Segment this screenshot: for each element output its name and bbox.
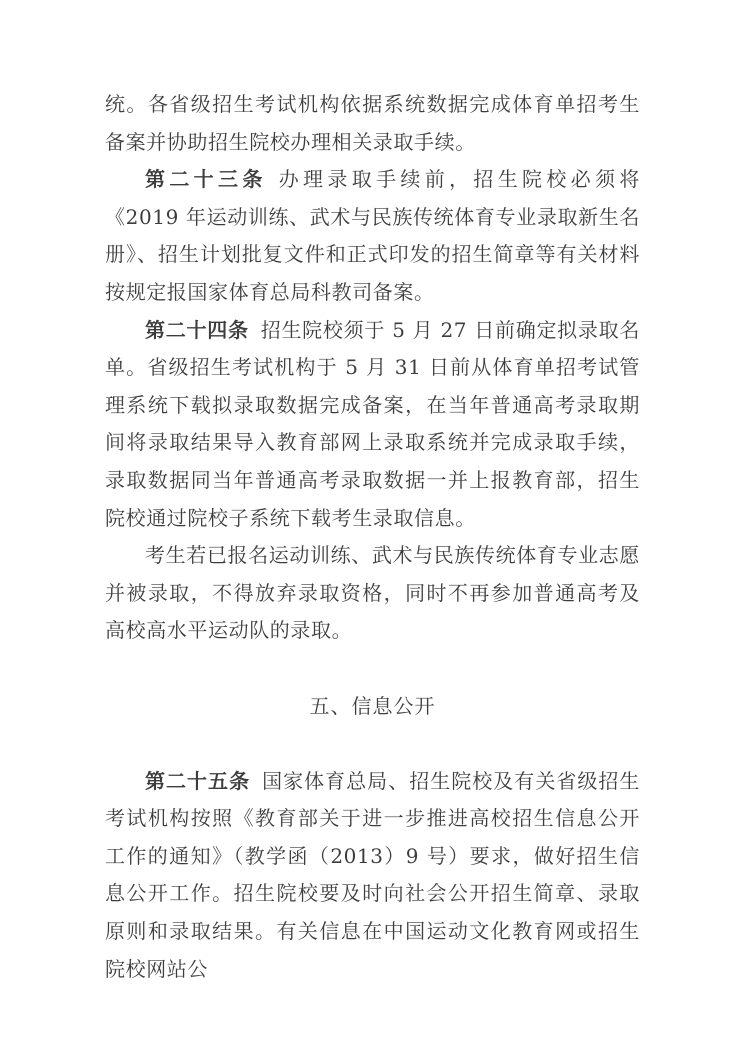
- paragraph-article-23: 第二十三条办理录取手续前，招生院校必须将《2019 年运动训练、武术与民族传统体…: [105, 161, 640, 311]
- paragraph-article-24: 第二十四条招生院校须于 5 月 27 日前确定拟录取名单。省级招生考试机构于 5…: [105, 312, 640, 538]
- section-heading: 五、信息公开: [105, 688, 640, 726]
- article-25-number: 第二十五条: [145, 769, 262, 793]
- paragraph-continuation: 统。各省级招生考试机构依据系统数据完成体育单招考生备案并协助招生院校办理相关录取…: [105, 86, 640, 161]
- paragraph-article-25: 第二十五条国家体育总局、招生院校及有关省级招生考试机构按照《教育部关于进一步推进…: [105, 763, 640, 989]
- article-23-number: 第二十三条: [145, 167, 279, 191]
- document-page: 统。各省级招生考试机构依据系统数据完成体育单招考生备案并协助招生院校办理相关录取…: [0, 0, 745, 1053]
- article-24-text: 招生院校须于 5 月 27 日前确定拟录取名单。省级招生考试机构于 5 月 31…: [105, 318, 640, 530]
- article-24-number: 第二十四条: [145, 318, 261, 342]
- paragraph-candidate-note: 考生若已报名运动训练、武术与民族传统体育专业志愿并被录取，不得放弃录取资格，同时…: [105, 537, 640, 650]
- article-25-text: 国家体育总局、招生院校及有关省级招生考试机构按照《教育部关于进一步推进高校招生信…: [105, 769, 640, 981]
